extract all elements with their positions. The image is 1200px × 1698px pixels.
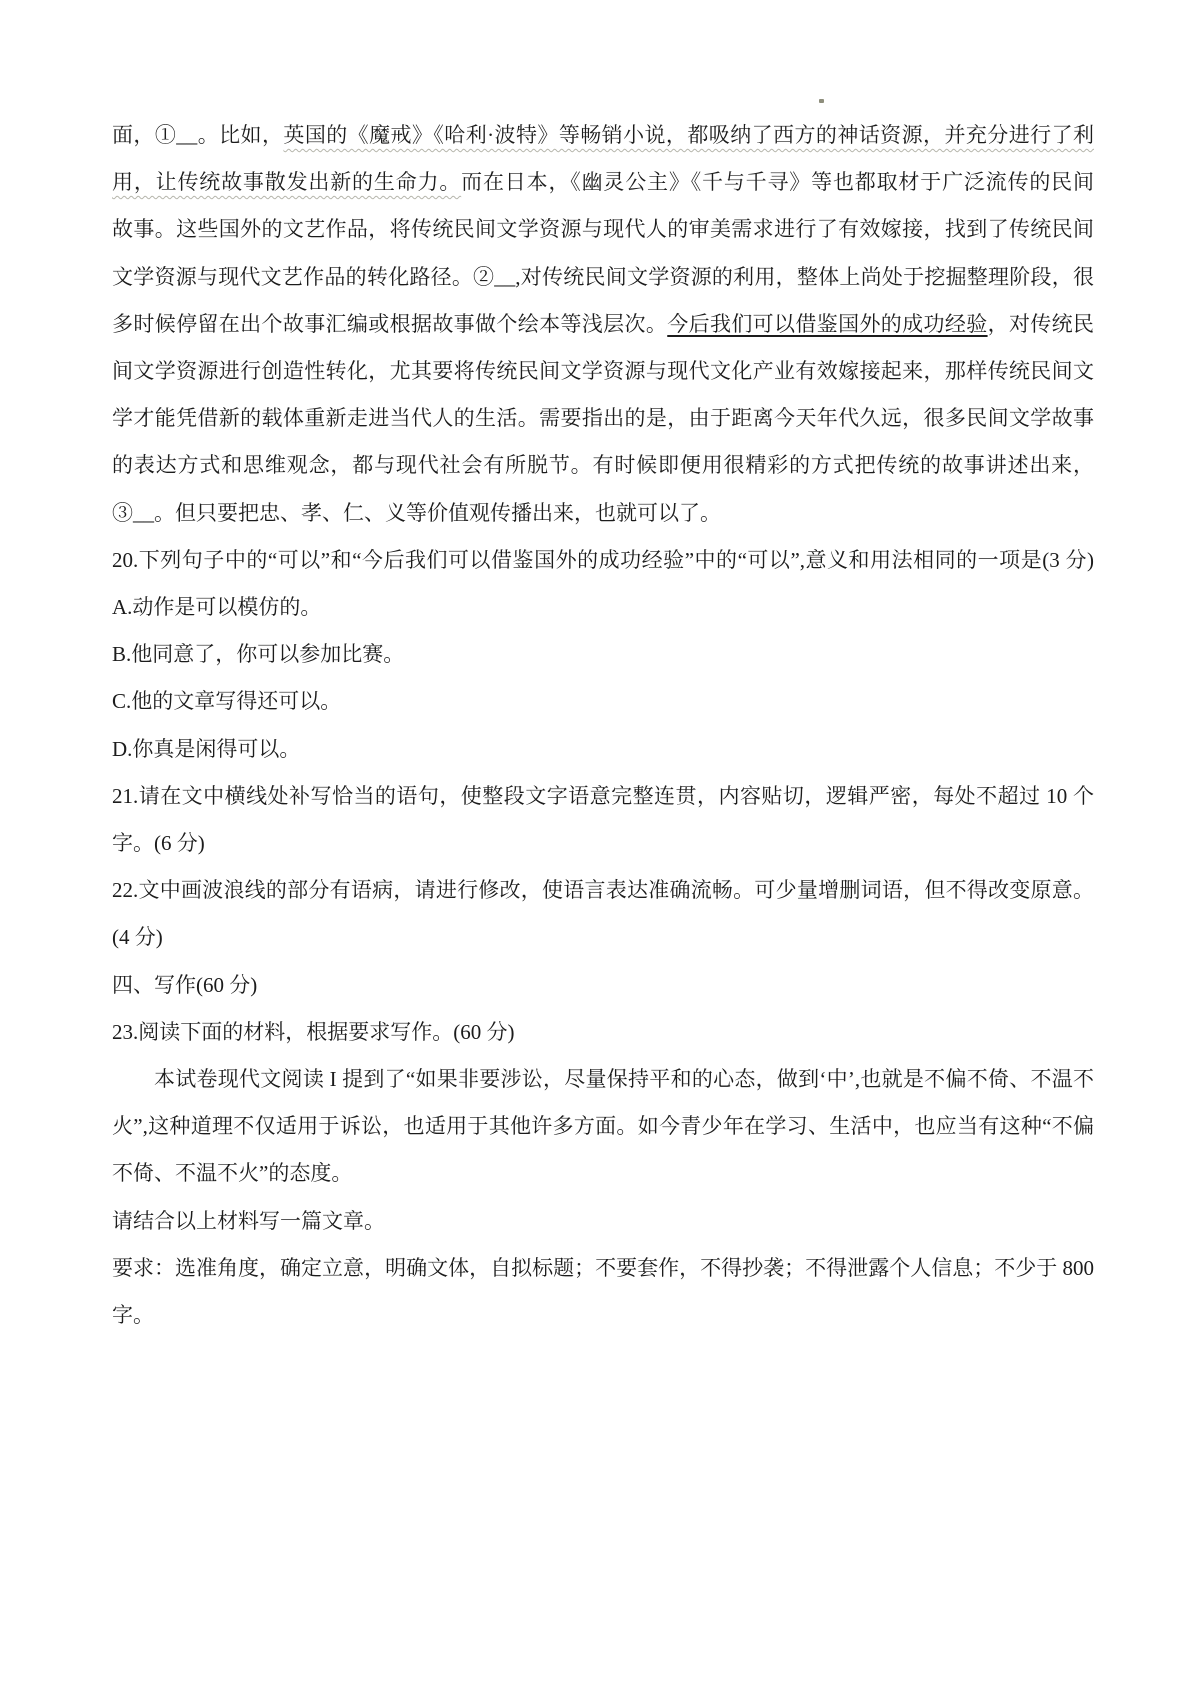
text-segment: D.你真是闲得可以。 [112,737,300,761]
question-21-line-2: 字。(6 分) [112,820,1094,867]
text-segment: ③__。但只要把忠、孝、仁、义等价值观传播出来，也就可以了。 [112,501,721,525]
question-20-option-a: A.动作是可以模仿的。 [112,584,1094,631]
wavy-underlined-text: 用，让传统故事散发出新的生命力。 [112,170,461,194]
essay-material-line-1: 本试卷现代文阅读 I 提到了“如果非要涉讼，尽量保持平和的心态，做到‘中’,也就… [112,1056,1094,1103]
underlined-text: 今后我们可以借鉴国外的成功经验 [667,312,987,336]
question-20: 20.下列句子中的“可以”和“今后我们可以借鉴国外的成功经验”中的“可以”,意义… [112,537,1094,584]
essay-material-line-3: 不倚、不温不火”的态度。 [112,1150,1094,1197]
question-21-line-1: 21.请在文中横线处补写恰当的语句，使整段文字语意完整连贯，内容贴切，逻辑严密，… [112,773,1094,820]
text-segment: 本试卷现代文阅读 I 提到了“如果非要涉讼，尽量保持平和的心态，做到‘中’,也就… [154,1067,1094,1091]
section-4-writing-heading: 四、写作(60 分) [112,962,1094,1009]
question-23: 23.阅读下面的材料，根据要求写作。(60 分) [112,1009,1094,1056]
text-segment: 20.下列句子中的“可以”和“今后我们可以借鉴国外的成功经验”中的“可以”,意义… [112,548,1094,572]
text-segment: ，对传统民 [988,312,1094,336]
document-page: 面，①__。比如，英国的《魔戒》《哈利·波特》等畅销小说，都吸纳了西方的神话资源… [0,0,1200,1698]
scan-artifact-dot [819,99,824,103]
text-segment: A.动作是可以模仿的。 [112,595,321,619]
question-20-option-c: C.他的文章写得还可以。 [112,678,1094,725]
text-segment: 学才能凭借新的载体重新走进当代人的生活。需要指出的是，由于距离今天年代久远，很多… [112,406,1094,430]
text-segment: 21.请在文中横线处补写恰当的语句，使整段文字语意完整连贯，内容贴切，逻辑严密，… [112,784,1094,808]
essay-material-line-2: 火”,这种道理不仅适用于诉讼，也适用于其他许多方面。如今青少年在学习、生活中，也… [112,1103,1094,1150]
essay-requirements-line-1: 要求：选准角度，确定立意，明确文体，自拟标题；不要套作，不得抄袭；不得泄露个人信… [112,1245,1094,1292]
text-segment: C.他的文章写得还可以。 [112,689,341,713]
text-segment: 22.文中画波浪线的部分有语病，请进行修改，使语言表达准确流畅。可少量增删词语，… [112,878,1094,902]
paragraph-line-1: 面，①__。比如，英国的《魔戒》《哈利·波特》等畅销小说，都吸纳了西方的神话资源… [112,112,1094,159]
text-segment: 故事。这些国外的文艺作品，将传统民间文学资源与现代人的审美需求进行了有效嫁接，找… [112,217,1094,241]
text-segment: 四、写作(60 分) [112,973,257,997]
text-segment: 而在日本，《幽灵公主》《千与千寻》等也都取材于广泛流传的民间 [461,170,1094,194]
text-segment: 间文学资源进行创造性转化，尤其要将传统民间文学资源与现代文化产业有效嫁接起来，那… [112,359,1094,383]
text-segment: 文学资源与现代文艺作品的转化路径。②__,对传统民间文学资源的利用，整体上尚处于… [112,265,1094,289]
text-segment: 请结合以上材料写一篇文章。 [112,1209,385,1233]
question-20-option-d: D.你真是闲得可以。 [112,726,1094,773]
wavy-underlined-text: 英国的《魔戒》《哈利·波特》等畅销小说，都吸纳了西方的神话资源，并充分进行了利 [283,123,1094,147]
text-segment: 火”,这种道理不仅适用于诉讼，也适用于其他许多方面。如今青少年在学习、生活中，也… [112,1114,1094,1138]
question-20-option-b: B.他同意了，你可以参加比赛。 [112,631,1094,678]
paragraph-line-2: 用，让传统故事散发出新的生命力。而在日本，《幽灵公主》《千与千寻》等也都取材于广… [112,159,1094,206]
text-segment: 的表达方式和思维观念，都与现代社会有所脱节。有时候即便用很精彩的方式把传统的故事… [112,453,1094,477]
paragraph-line-9: ③__。但只要把忠、孝、仁、义等价值观传播出来，也就可以了。 [112,490,1094,537]
text-segment: 23.阅读下面的材料，根据要求写作。(60 分) [112,1020,515,1044]
question-22-line-2: (4 分) [112,914,1094,961]
paragraph-line-7: 学才能凭借新的载体重新走进当代人的生活。需要指出的是，由于距离今天年代久远，很多… [112,395,1094,442]
essay-instruction: 请结合以上材料写一篇文章。 [112,1198,1094,1245]
text-segment: 不倚、不温不火”的态度。 [112,1161,352,1185]
text-segment: 面，①__。比如， [112,123,283,147]
text-segment: 要求：选准角度，确定立意，明确文体，自拟标题；不要套作，不得抄袭；不得泄露个人信… [112,1256,1094,1280]
paragraph-line-5: 多时候停留在出个故事汇编或根据故事做个绘本等浅层次。今后我们可以借鉴国外的成功经… [112,301,1094,348]
exam-text-body: 面，①__。比如，英国的《魔戒》《哈利·波特》等畅销小说，都吸纳了西方的神话资源… [112,112,1094,1339]
text-segment: (4 分) [112,925,163,949]
paragraph-line-8: 的表达方式和思维观念，都与现代社会有所脱节。有时候即便用很精彩的方式把传统的故事… [112,442,1094,489]
question-22-line-1: 22.文中画波浪线的部分有语病，请进行修改，使语言表达准确流畅。可少量增删词语，… [112,867,1094,914]
paragraph-line-4: 文学资源与现代文艺作品的转化路径。②__,对传统民间文学资源的利用，整体上尚处于… [112,254,1094,301]
text-segment: 字。 [112,1303,154,1327]
paragraph-line-3: 故事。这些国外的文艺作品，将传统民间文学资源与现代人的审美需求进行了有效嫁接，找… [112,206,1094,253]
text-segment: B.他同意了，你可以参加比赛。 [112,642,404,666]
paragraph-line-6: 间文学资源进行创造性转化，尤其要将传统民间文学资源与现代文化产业有效嫁接起来，那… [112,348,1094,395]
essay-requirements-line-2: 字。 [112,1292,1094,1339]
text-segment: 多时候停留在出个故事汇编或根据故事做个绘本等浅层次。 [112,312,667,336]
text-segment: 字。(6 分) [112,831,205,855]
